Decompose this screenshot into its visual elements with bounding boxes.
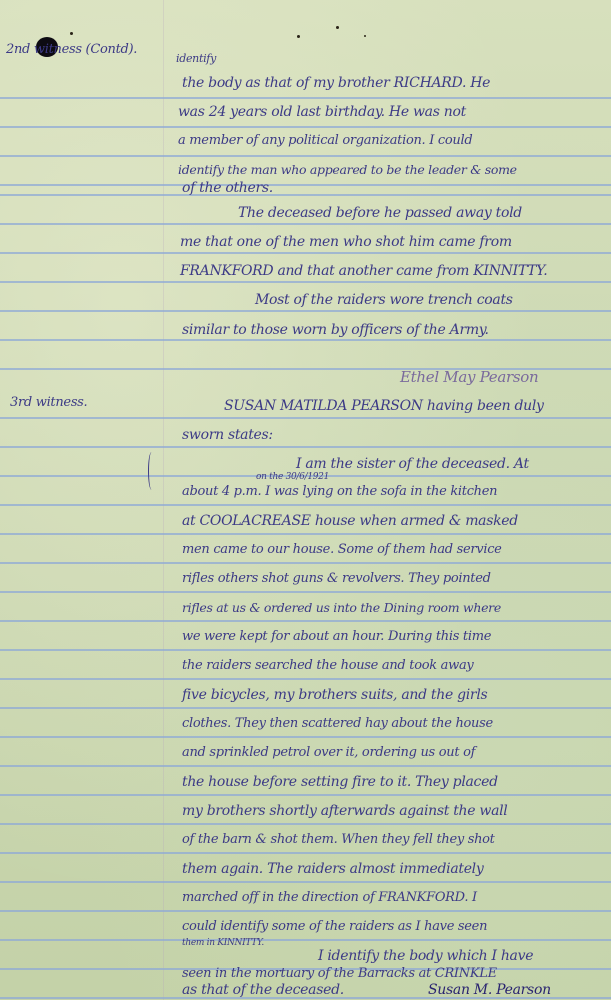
ruled-line: [0, 591, 611, 593]
statement-line: we were kept for about an hour. During t…: [182, 629, 491, 644]
ruled-line: [0, 678, 611, 680]
ruled-line: [0, 339, 611, 341]
statement-line: as that of the deceased.: [182, 982, 344, 998]
statement-line: clothes. They then scattered hay about t…: [182, 716, 493, 731]
statement-line: I am the sister of the deceased. At: [296, 456, 529, 472]
insertion-identify: identify: [176, 52, 216, 65]
ink-speck: [336, 26, 339, 29]
signature-susan-m-pearson: Susan M. Pearson: [428, 982, 551, 998]
ruled-line: [0, 910, 611, 912]
statement-line: five bicycles, my brothers suits, and th…: [182, 687, 487, 703]
statement-line: seen in the mortuary of the Barracks at …: [182, 966, 497, 981]
ruled-line: [0, 310, 611, 312]
statement-line: the house before setting fire to it. The…: [182, 774, 498, 790]
ruled-line: [0, 533, 611, 535]
statement-line: FRANKFORD and that another came from KIN…: [180, 263, 547, 279]
statement-line: at COOLACREASE house when armed & masked: [182, 513, 518, 529]
ruled-paper-page: 2nd witness (Contd). 3rd witness. identi…: [0, 0, 611, 1000]
ruled-line: [0, 765, 611, 767]
ruled-line: [0, 504, 611, 506]
statement-line: The deceased before he passed away told: [238, 205, 522, 221]
ruled-line: [0, 707, 611, 709]
statement-line: Most of the raiders wore trench coats: [255, 292, 513, 308]
statement-line: rifles others shot guns & revolvers. The…: [182, 571, 491, 586]
ruled-line: [0, 126, 611, 128]
ruled-line: [0, 794, 611, 796]
ruled-line: [0, 194, 611, 196]
ruled-line: [0, 97, 611, 99]
statement-line: SUSAN MATILDA PEARSON having been duly: [224, 398, 544, 414]
ruled-line: [0, 223, 611, 225]
ruled-line: [0, 252, 611, 254]
ruled-line: [0, 852, 611, 854]
margin-bracket: [148, 452, 155, 490]
statement-line: them again. The raiders almost immediate…: [182, 861, 483, 877]
ink-speck: [297, 35, 300, 38]
statement-line: my brothers shortly afterwards against t…: [182, 803, 507, 819]
statement-line: me that one of the men who shot him came…: [180, 234, 512, 250]
statement-line: a member of any political organization. …: [178, 133, 472, 148]
ink-speck: [364, 35, 366, 37]
statement-line: could identify some of the raiders as I …: [182, 919, 487, 934]
ruled-line: [0, 736, 611, 738]
statement-line: marched off in the direction of FRANKFOR…: [182, 890, 477, 905]
statement-line: similar to those worn by officers of the…: [182, 322, 489, 338]
ruled-line: [0, 281, 611, 283]
statement-line: the raiders searched the house and took …: [182, 658, 473, 673]
statement-line: I identify the body which I have: [318, 948, 533, 964]
statement-line: about 4 p.m. I was lying on the sofa in …: [182, 484, 497, 499]
ruled-line: [0, 562, 611, 564]
statement-line: of the others.: [182, 180, 273, 196]
ruled-line: [0, 620, 611, 622]
statement-line: was 24 years old last birthday. He was n…: [178, 104, 466, 120]
statement-line: and sprinkled petrol over it, ordering u…: [182, 745, 475, 760]
margin-note-second-witness: 2nd witness (Contd).: [6, 42, 137, 57]
ruled-line: [0, 446, 611, 448]
ruled-line: [0, 649, 611, 651]
statement-line: the body as that of my brother RICHARD. …: [182, 75, 490, 91]
signature-ethel-may-pearson: Ethel May Pearson: [400, 368, 538, 386]
statement-line: rifles at us & ordered us into the Dinin…: [182, 600, 501, 615]
insertion-kinnitty: them in KINNITTY.: [182, 938, 264, 948]
margin-note-third-witness: 3rd witness.: [10, 395, 87, 410]
ruled-line: [0, 184, 611, 186]
ruled-line: [0, 417, 611, 419]
statement-line: identify the man who appeared to be the …: [178, 162, 517, 177]
ruled-line: [0, 155, 611, 157]
ink-speck: [70, 32, 73, 35]
statement-line: of the barn & shot them. When they fell …: [182, 832, 495, 847]
ruled-line: [0, 823, 611, 825]
statement-line: men came to our house. Some of them had …: [182, 542, 502, 557]
ruled-line: [0, 881, 611, 883]
insertion-date: on the 30/6/1921: [256, 472, 329, 482]
statement-line: sworn states:: [182, 427, 273, 443]
margin-line: [163, 0, 164, 1000]
ruled-line: [0, 939, 611, 941]
